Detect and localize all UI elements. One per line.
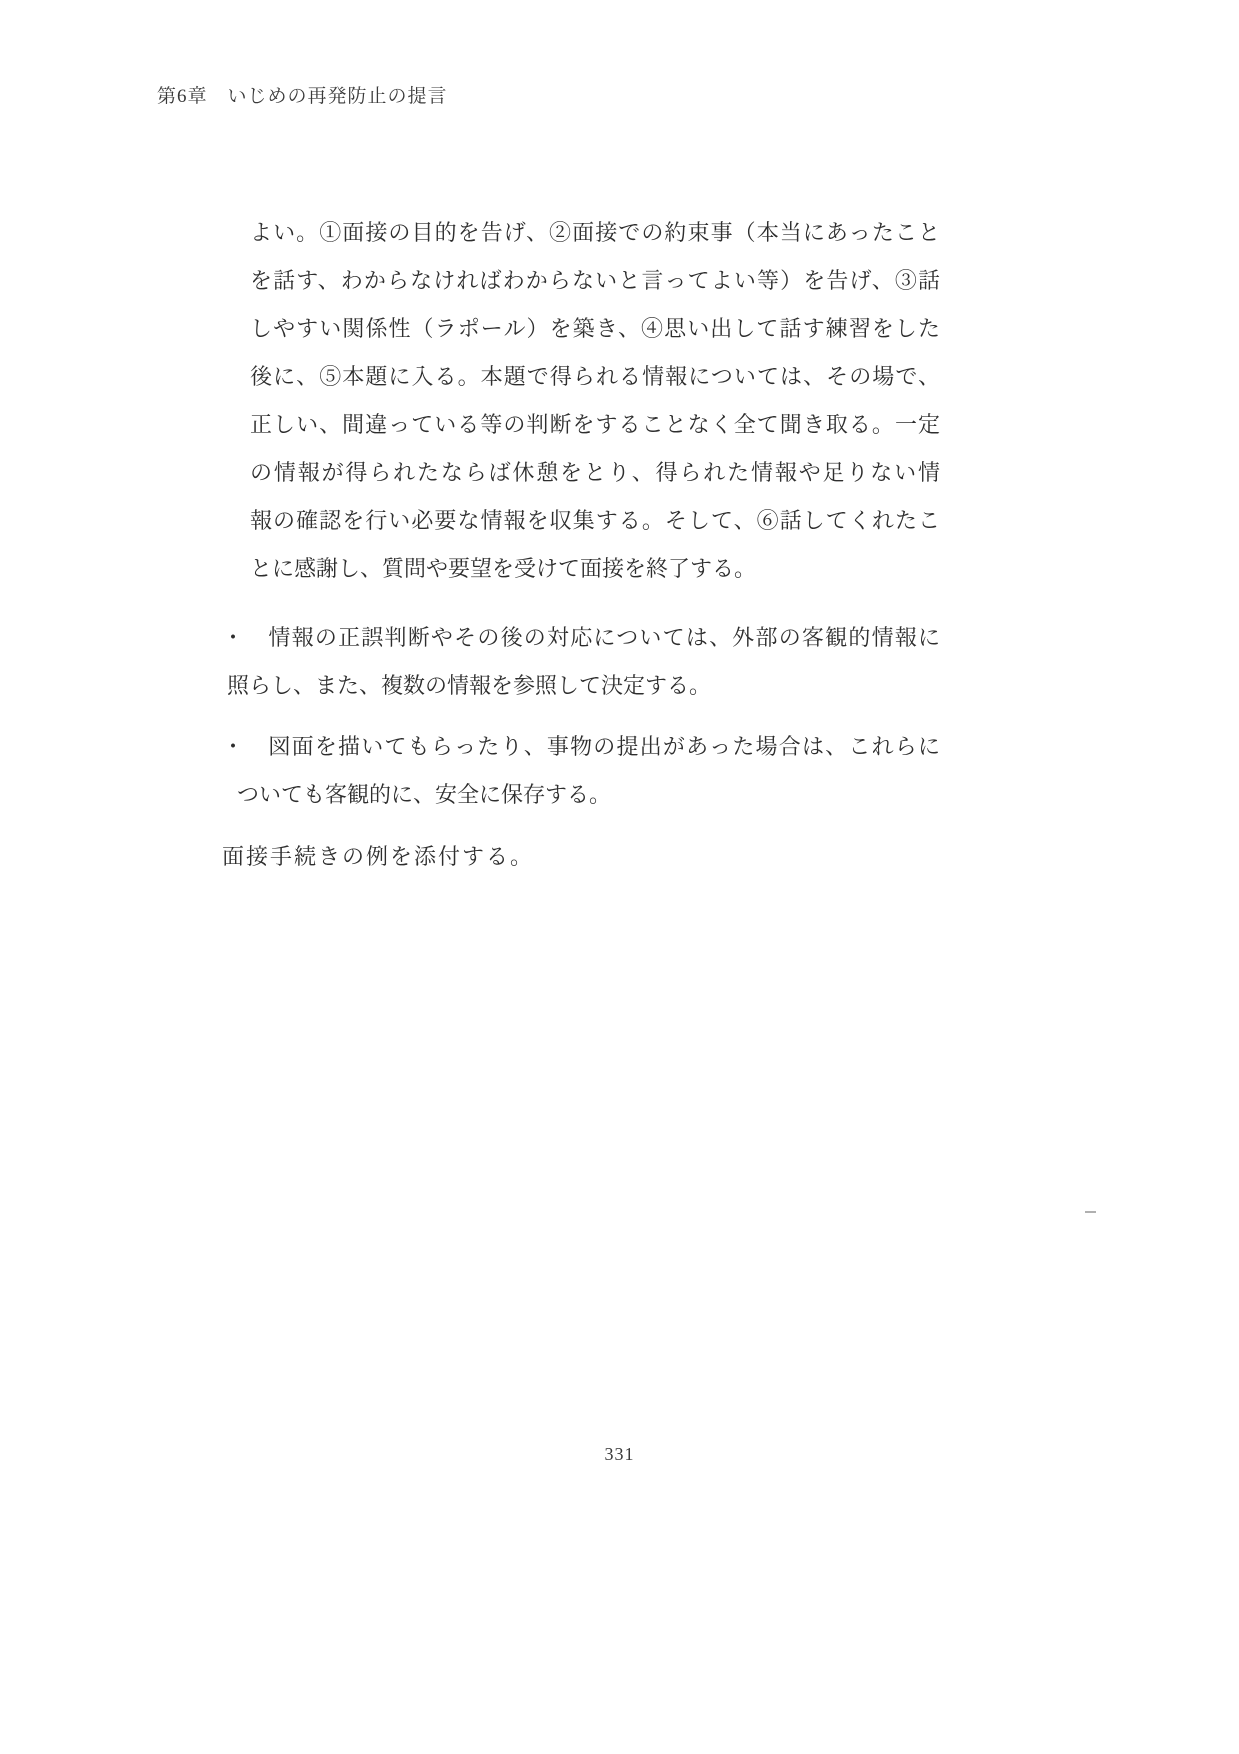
bullet-line: ・ 図面を描いてもらったり、事物の提出があった場合は、これらに [222, 723, 940, 771]
paragraph-line: 後に、⑤本題に入る。本題で得られる情報については、その場で、 [250, 353, 940, 401]
bullet-line: ついても客観的に、安全に保存する。 [237, 771, 940, 819]
paragraph-line: 正しい、間違っている等の判断をすることなく全て聞き取る。一定 [250, 401, 940, 449]
intro-paragraph: よい。①面接の目的を告げ、②面接での約束事（本当にあったこと を話す、わからなけ… [250, 209, 940, 593]
bullet-item: ・ 情報の正誤判断やその後の対応については、外部の客観的情報に 照らし、また、複… [222, 614, 940, 710]
paragraph-line: の情報が得られたならば休憩をとり、得られた情報や足りない情 [250, 449, 940, 497]
paragraph-line: しやすい関係性（ラポール）を築き、④思い出して話す練習をした [250, 305, 940, 353]
bullet-line: ・ 情報の正誤判断やその後の対応については、外部の客観的情報に [222, 614, 940, 662]
bullet-line: 照らし、また、複数の情報を参照して決定する。 [227, 662, 940, 710]
bullet-item: ・ 図面を描いてもらったり、事物の提出があった場合は、これらに ついても客観的に… [222, 723, 940, 819]
paragraph-line: よい。①面接の目的を告げ、②面接での約束事（本当にあったこと [250, 209, 940, 257]
paragraph-line: とに感謝し、質問や要望を受けて面接を終了する。 [250, 545, 940, 593]
paragraph-line: 報の確認を行い必要な情報を収集する。そして、⑥話してくれたこ [250, 497, 940, 545]
document-page: 第6章 いじめの再発防止の提言 よい。①面接の目的を告げ、②面接での約束事（本当… [0, 0, 1239, 1754]
scan-artifact-dash [1085, 1211, 1096, 1213]
paragraph-line: を話す、わからなければわからないと言ってよい等）を告げ、③話 [250, 257, 940, 305]
closing-sentence: 面接手続きの例を添付する。 [222, 833, 534, 881]
chapter-header: 第6章 いじめの再発防止の提言 [157, 84, 448, 110]
page-number: 331 [0, 1444, 1239, 1465]
